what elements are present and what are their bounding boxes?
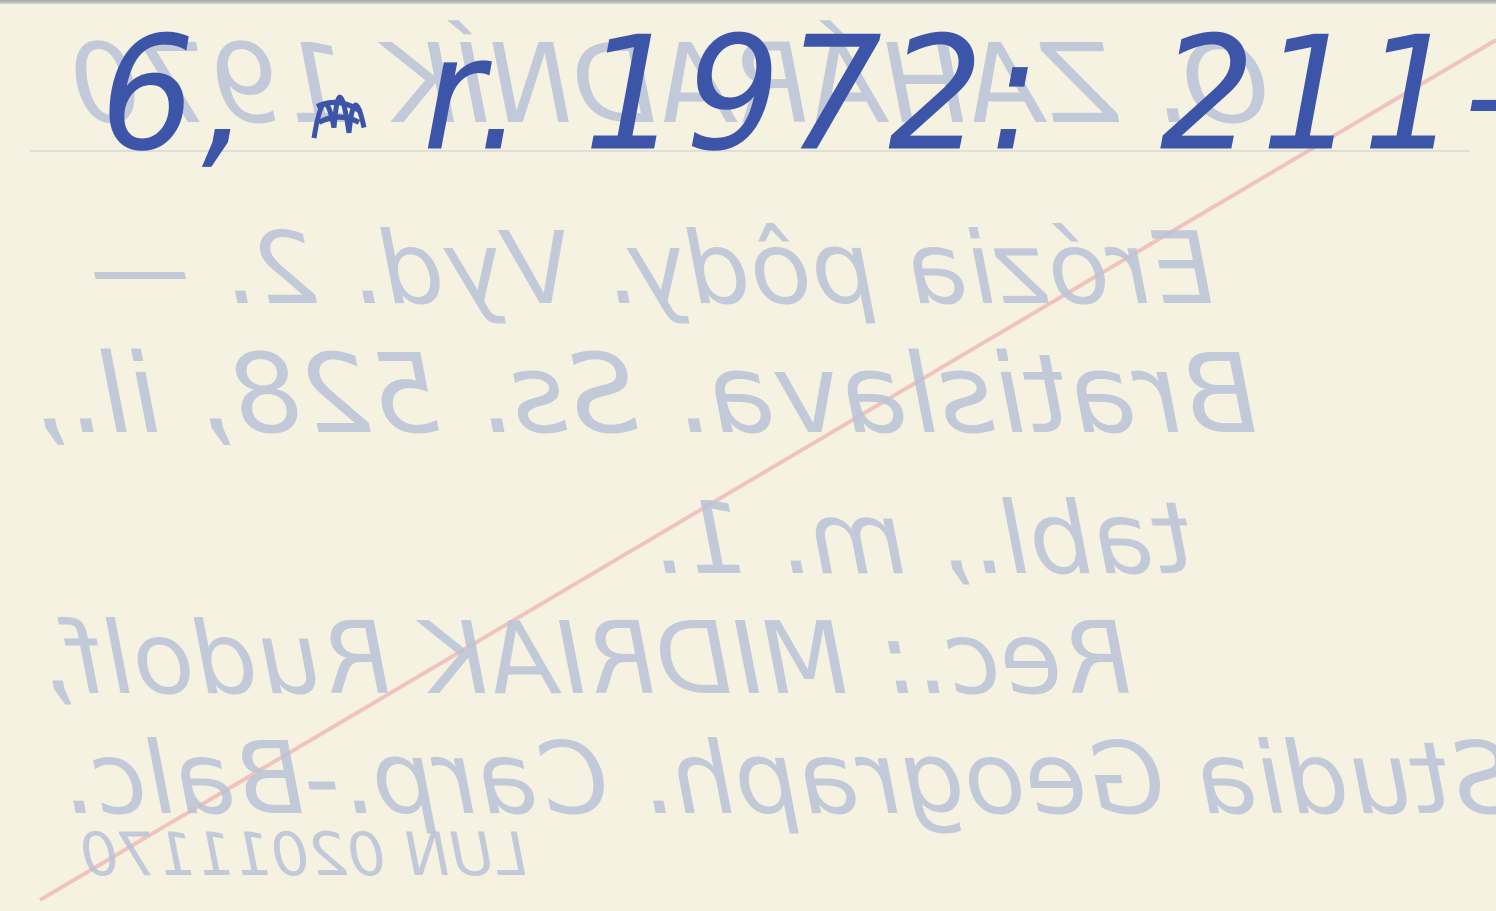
showthrough-line-5: Rec.: MIDRIAK Rudolf, [40, 600, 1131, 717]
showthrough-stamp: LUN 02011170 [80, 820, 527, 890]
crossed-out-scribble-icon [309, 16, 369, 110]
page-range: 211–212. [1160, 16, 1496, 174]
number-label: r. [423, 16, 531, 174]
showthrough-line-2: Erózia pôdy. Vyd. 2. — [90, 210, 1214, 327]
showthrough-line-3: Bratislava. Ss. 528, il., [30, 330, 1258, 458]
showthrough-line-4: tabl., m. 1. [650, 480, 1194, 597]
index-card: O. ZAHÁRADNÍK 1970 Erózia pôdy. Vyd. 2. … [0, 0, 1496, 911]
handwritten-citation: 6, r. 1972: 211–212. [100, 16, 1496, 174]
volume-number: 6, [100, 16, 255, 174]
year: 1972: [584, 16, 1046, 174]
